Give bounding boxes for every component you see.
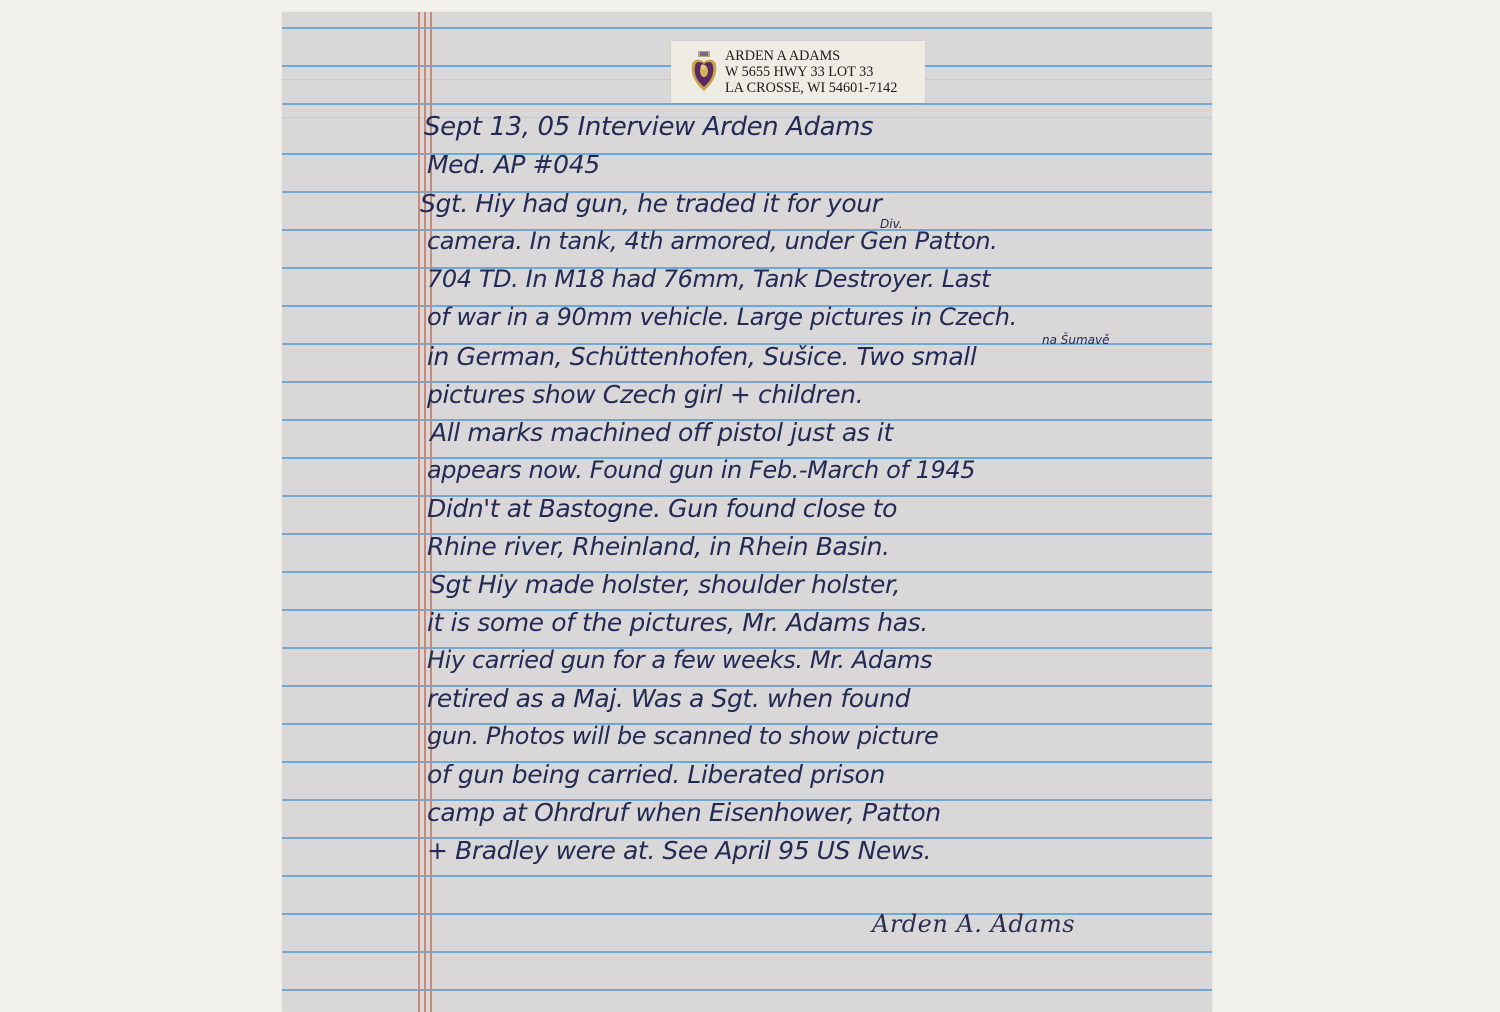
note-line: Sgt Hiy made holster, shoulder holster, bbox=[430, 570, 900, 599]
note-annotation-sumava: na Šumavě bbox=[1042, 333, 1110, 347]
note-line-date-header: Sept 13, 05 Interview Arden Adams bbox=[424, 112, 873, 142]
note-line: it is some of the pictures, Mr. Adams ha… bbox=[427, 608, 928, 637]
purple-heart-medal-icon bbox=[691, 51, 717, 93]
note-line-reference: Med. AP #045 bbox=[427, 150, 600, 179]
note-line: in German, Schüttenhofen, Sušice. Two sm… bbox=[427, 342, 976, 371]
address-label: ARDEN A ADAMS W 5655 HWY 33 LOT 33 LA CR… bbox=[671, 41, 925, 103]
note-line: All marks machined off pistol just as it bbox=[430, 418, 893, 447]
note-line: of gun being carried. Liberated prison bbox=[427, 760, 885, 789]
note-line: 704 TD. In M18 had 76mm, Tank Destroyer.… bbox=[427, 265, 990, 293]
note-line: Didn't at Bastogne. Gun found close to bbox=[427, 494, 897, 523]
margin-line bbox=[418, 12, 420, 1000]
note-line: Sgt. Hiy had gun, he traded it for your bbox=[420, 189, 882, 218]
note-line: of war in a 90mm vehicle. Large pictures… bbox=[427, 303, 1017, 331]
note-line: gun. Photos will be scanned to show pict… bbox=[427, 722, 938, 750]
address-label-text: ARDEN A ADAMS W 5655 HWY 33 LOT 33 LA CR… bbox=[725, 48, 897, 96]
label-street: W 5655 HWY 33 LOT 33 bbox=[725, 64, 897, 80]
note-line: pictures show Czech girl + children. bbox=[427, 380, 863, 409]
signature: Arden A. Adams bbox=[872, 910, 1075, 938]
margin-line bbox=[424, 12, 426, 1000]
note-line: Rhine river, Rheinland, in Rhein Basin. bbox=[427, 532, 890, 561]
note-line: Hiy carried gun for a few weeks. Mr. Ada… bbox=[427, 646, 932, 674]
note-line: + Bradley were at. See April 95 US News. bbox=[427, 836, 931, 865]
label-name: ARDEN A ADAMS bbox=[725, 48, 897, 64]
note-line: appears now. Found gun in Feb.-March of … bbox=[427, 456, 975, 484]
note-line: retired as a Maj. Was a Sgt. when found bbox=[427, 684, 910, 713]
note-line: camp at Ohrdruf when Eisenhower, Patton bbox=[427, 798, 941, 827]
label-city: LA CROSSE, WI 54601-7142 bbox=[725, 80, 897, 96]
note-line: camera. In tank, 4th armored, under Gen … bbox=[427, 227, 997, 255]
